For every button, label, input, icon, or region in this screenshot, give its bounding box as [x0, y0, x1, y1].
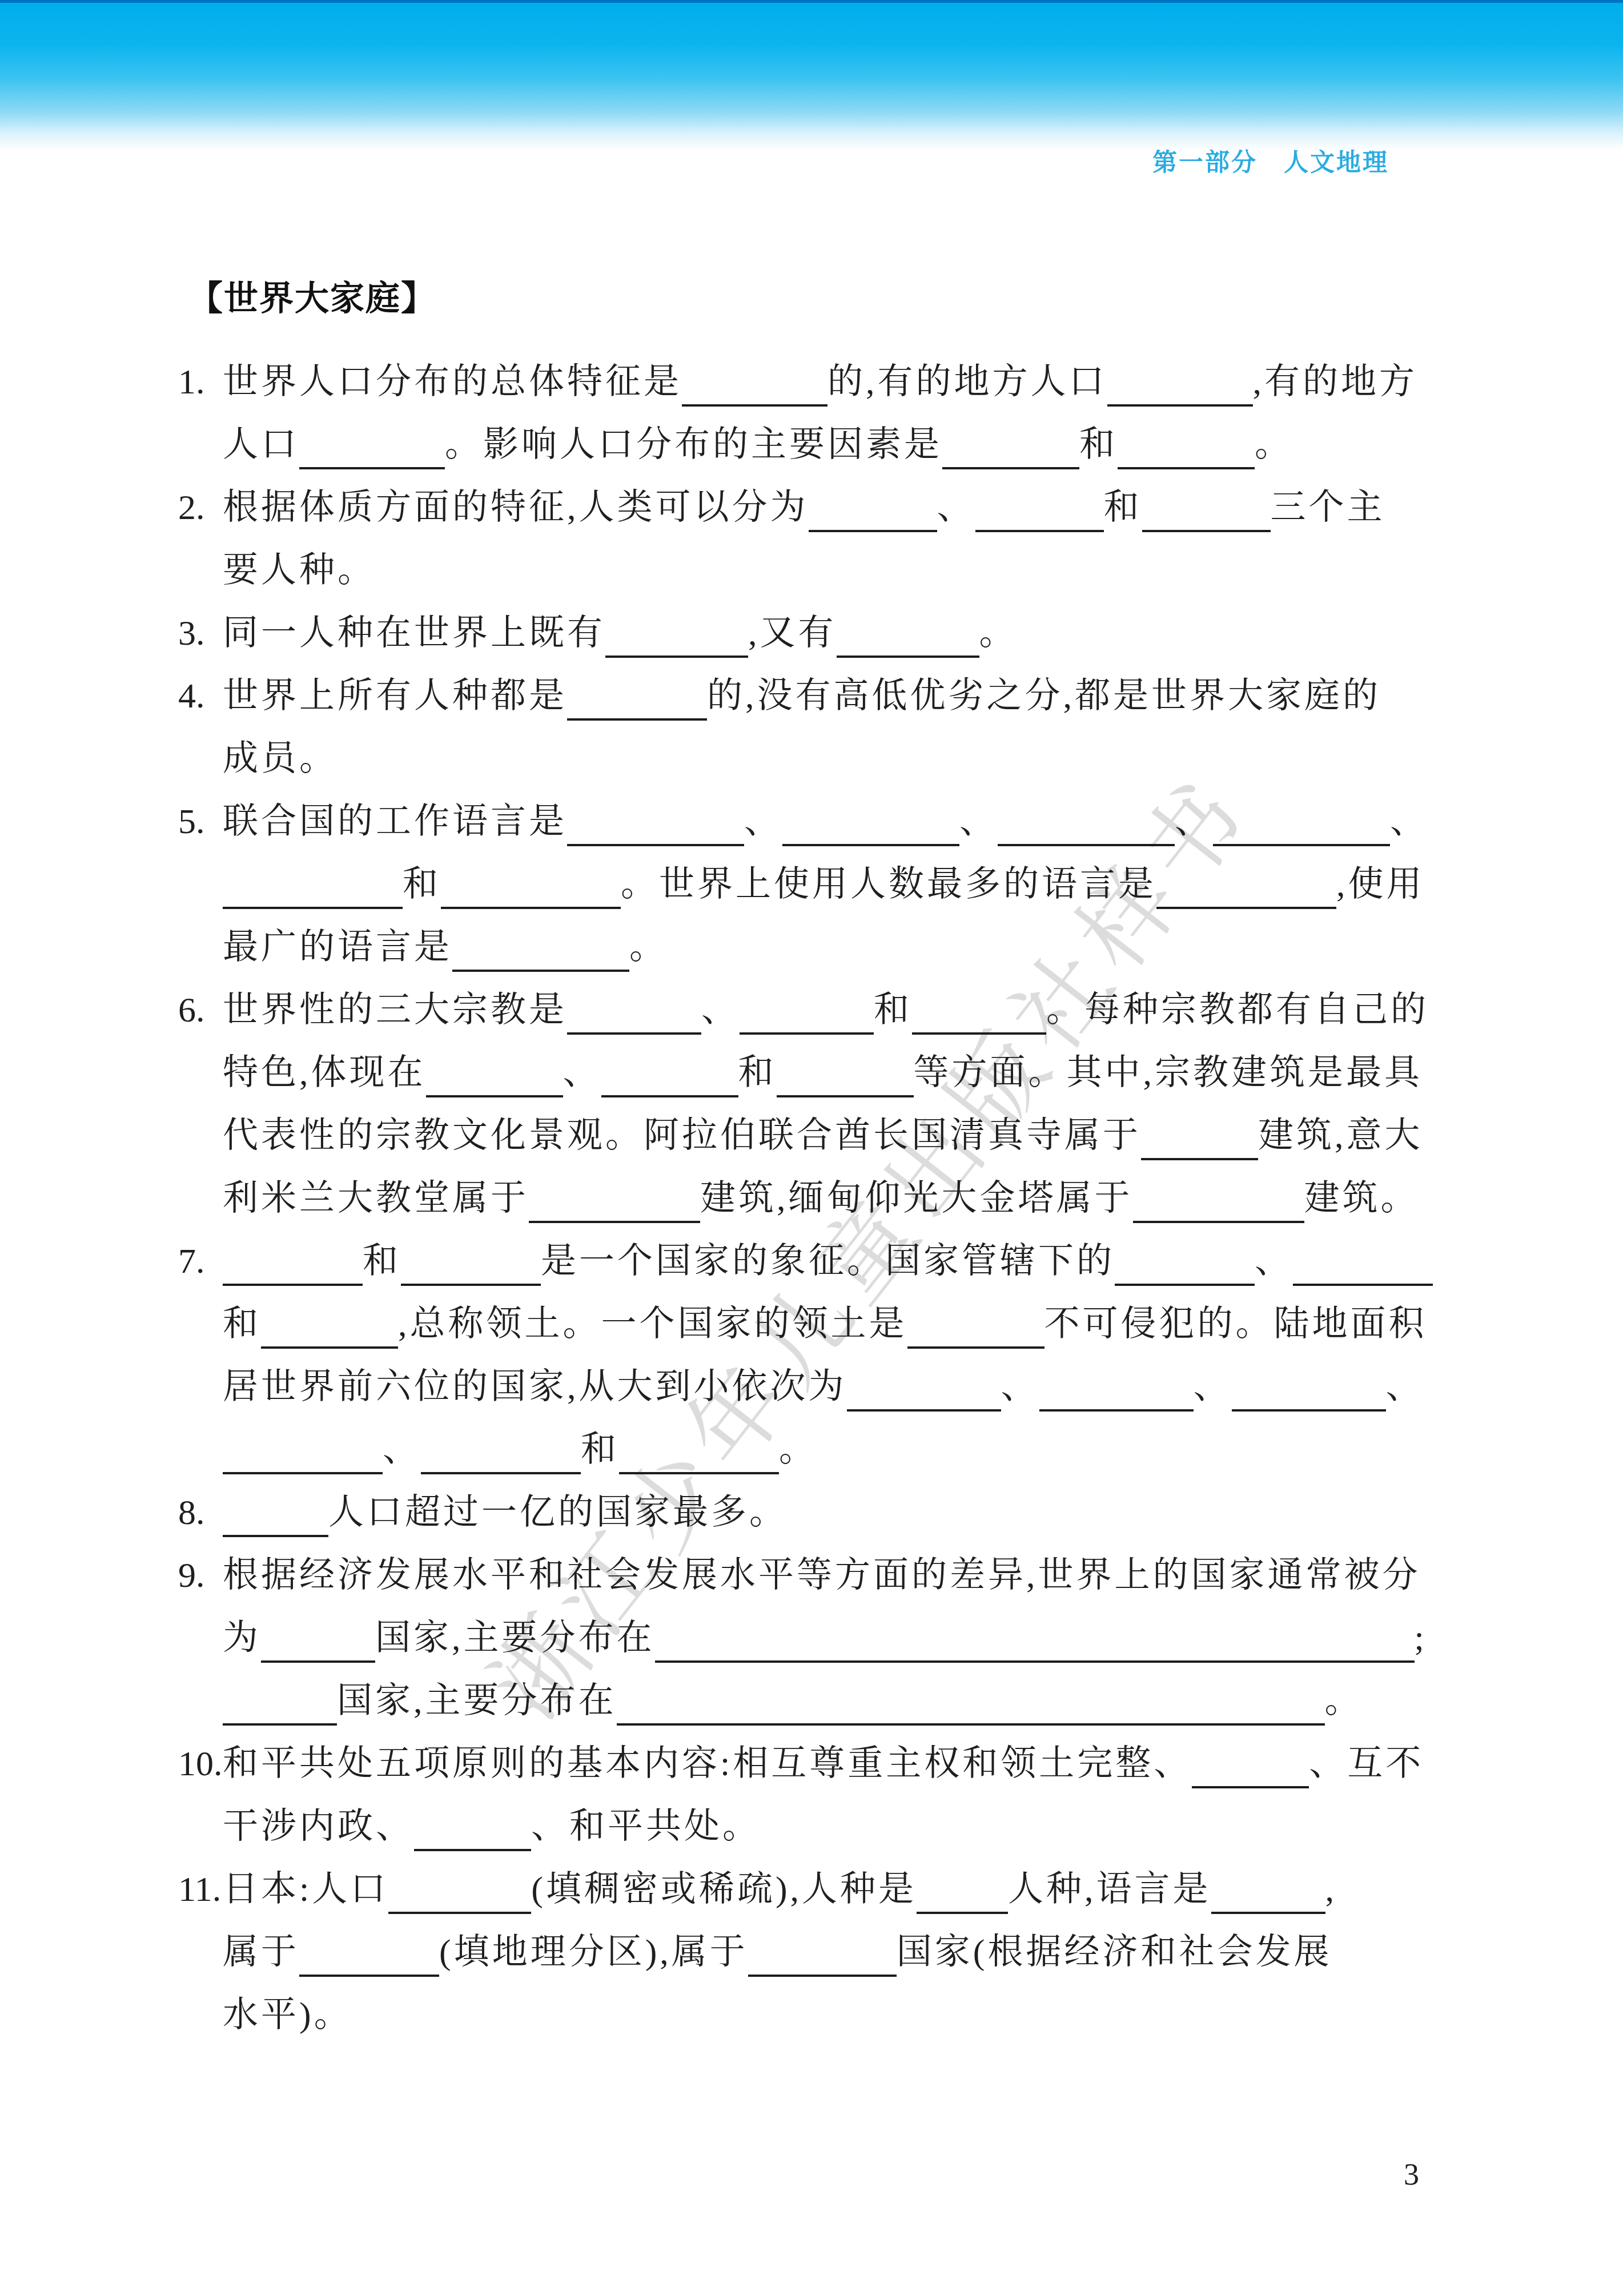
fill-blank	[223, 1241, 363, 1286]
line-text: 和	[738, 1053, 777, 1092]
line-text: 特色,体现在	[223, 1053, 426, 1092]
question-number: 11.	[178, 1865, 223, 1914]
fill-blank	[1141, 1116, 1258, 1160]
fill-blank	[223, 864, 403, 909]
line-text: 等方面。其中,宗教建筑是最具	[914, 1053, 1423, 1092]
question-line: 和。世界上使用人数最多的语言是,使用	[223, 860, 1425, 909]
fill-blank	[942, 425, 1079, 469]
question-number: 9.	[178, 1551, 223, 1600]
question-line: 7.和是一个国家的象征。国家管辖下的、	[178, 1237, 1433, 1286]
question-line: 代表性的宗教文化景观。阿拉伯联合酋长国清真寺属于建筑,意大	[223, 1111, 1423, 1160]
fill-blank	[567, 990, 701, 1035]
fill-blank	[261, 1618, 375, 1663]
line-text: 为	[223, 1619, 261, 1658]
fill-blank	[605, 613, 748, 658]
fill-blank	[421, 1430, 581, 1474]
fill-blank	[847, 1367, 1001, 1412]
line-text: 国家,主要分布在	[375, 1619, 655, 1658]
fill-blank	[917, 1869, 1008, 1914]
question-line: 成员。	[223, 734, 338, 783]
fill-blank	[748, 1932, 897, 1977]
line-text: 。	[979, 614, 1018, 653]
line-text: 、	[1255, 1242, 1293, 1281]
line-text: 水平)。	[223, 1996, 352, 2034]
line-text: 、	[959, 802, 998, 841]
line-text: 、	[1390, 802, 1428, 841]
fill-blank	[1156, 864, 1336, 909]
question-line: 人口。影响人口分布的主要因素是和。	[223, 420, 1293, 469]
fill-blank	[1192, 1744, 1309, 1788]
question-line: 2.根据体质方面的特征,人类可以分为、和三个主	[178, 483, 1385, 532]
line-text: 建筑,缅甸仰光大金塔属于	[700, 1179, 1133, 1218]
line-text: 人口	[223, 425, 299, 464]
line-text: 。每种宗教都有自己的	[1046, 991, 1429, 1030]
line-text: 根据体质方面的特征,人类可以分为	[223, 488, 809, 527]
line-text: 的,没有高低优劣之分,都是世界大家庭的	[707, 677, 1381, 715]
fill-blank	[655, 1618, 1415, 1663]
question-line: 属于(填地理分区),属于国家(根据经济和社会发展	[223, 1928, 1332, 1977]
question-line: 利米兰大教堂属于建筑,缅甸仰光大金塔属于建筑。	[223, 1174, 1419, 1223]
fill-blank	[809, 488, 937, 532]
question-line: 4.世界上所有人种都是的,没有高低优劣之分,都是世界大家庭的	[178, 671, 1381, 721]
fill-blank	[1293, 1241, 1433, 1286]
line-text: 。	[1325, 1682, 1363, 1720]
fill-blank	[299, 425, 445, 469]
question-line: 水平)。	[223, 1991, 352, 2040]
question-line: 10.和平共处五项原则的基本内容:相互尊重主权和领土完整、、互不	[178, 1739, 1424, 1788]
line-text: 、	[744, 802, 782, 841]
line-text: 和	[874, 991, 912, 1030]
line-text: 三个主	[1271, 488, 1385, 527]
line-text: 世界人口分布的总体特征是	[223, 363, 682, 401]
line-text: 联合国的工作语言是	[223, 802, 567, 841]
question-number: 4.	[178, 671, 223, 721]
workbook-page: 第一部分 人文地理 浙江少年儿童出版社样书 【世界大家庭】 1.世界人口分布的总…	[0, 0, 1623, 2296]
line-text: 属于	[223, 1933, 299, 1972]
line-text: 人口超过一亿的国家最多。	[328, 1493, 788, 1532]
line-text: 建筑,意大	[1258, 1116, 1423, 1155]
fill-blank	[1211, 1869, 1325, 1914]
question-number: 6.	[178, 986, 223, 1035]
fill-blank	[907, 1304, 1044, 1349]
line-text: 国家,主要分布在	[337, 1682, 617, 1720]
fill-blank	[1142, 488, 1271, 532]
line-text: ;	[1415, 1619, 1427, 1658]
question-number: 10.	[178, 1739, 223, 1788]
fill-blank	[401, 1241, 541, 1286]
line-text: 、	[1194, 1368, 1232, 1406]
line-text: 利米兰大教堂属于	[223, 1179, 529, 1218]
question-line: 3.同一人种在世界上既有,又有。	[178, 609, 1018, 658]
question-line: 11.日本:人口(填稠密或稀疏),人种是人种,语言是,	[178, 1865, 1337, 1914]
line-text: 人种,语言是	[1008, 1870, 1211, 1909]
question-line: 、和。	[223, 1425, 817, 1474]
line-text: ,有的地方	[1253, 363, 1418, 401]
fill-blank	[1039, 1367, 1194, 1412]
line-text: 成员。	[223, 739, 338, 778]
fill-blank	[223, 1430, 383, 1474]
fill-blank	[567, 802, 744, 846]
line-text: 是一个国家的象征。国家管辖下的	[541, 1242, 1115, 1281]
question-number: 3.	[178, 609, 223, 658]
fill-blank	[1115, 1241, 1255, 1286]
fill-blank	[529, 1179, 700, 1223]
line-text: 。世界上使用人数最多的语言是	[621, 865, 1156, 904]
line-text: 、	[383, 1430, 421, 1469]
line-text: ,又有	[748, 614, 837, 653]
line-text: 、	[1175, 802, 1213, 841]
question-line: 5.联合国的工作语言是、、、、	[178, 797, 1428, 846]
line-text: ,使用	[1336, 865, 1425, 904]
question-line: 国家,主要分布在。	[223, 1676, 1363, 1726]
question-line: 1.世界人口分布的总体特征是的,有的地方人口,有的地方	[178, 357, 1417, 407]
question-line: 最广的语言是。	[223, 923, 668, 972]
line-text: 日本:人口	[223, 1870, 388, 1909]
line-text: 建筑。	[1304, 1179, 1419, 1218]
question-number: 2.	[178, 483, 223, 532]
question-line: 6.世界性的三大宗教是、和。每种宗教都有自己的	[178, 986, 1429, 1035]
line-text: 、和平共处。	[531, 1807, 761, 1846]
line-text: 不可侵犯的。陆地面积	[1044, 1305, 1427, 1344]
line-text: 的,有的地方人口	[827, 363, 1107, 401]
fill-blank	[740, 990, 874, 1035]
question-line: 和,总称领土。一个国家的领土是不可侵犯的。陆地面积	[223, 1300, 1427, 1349]
fill-blank	[452, 927, 629, 972]
line-text: 世界上所有人种都是	[223, 677, 567, 715]
question-number: 1.	[178, 357, 223, 407]
fill-blank	[619, 1430, 779, 1474]
line-text: (填地理分区),属于	[439, 1933, 748, 1972]
line-text: 、互不	[1309, 1744, 1424, 1783]
line-text: 干涉内政、	[223, 1807, 414, 1846]
line-text: 和	[1079, 425, 1118, 464]
fill-blank	[1107, 362, 1253, 407]
line-text: 、	[701, 991, 740, 1030]
fill-blank	[1232, 1367, 1386, 1412]
question-line: 9.根据经济发展水平和社会发展水平等方面的差异,世界上的国家通常被分	[178, 1551, 1421, 1600]
fill-blank	[837, 613, 979, 658]
fill-blank	[426, 1053, 563, 1097]
fill-blank	[388, 1869, 531, 1914]
fill-blank	[567, 676, 707, 721]
fill-blank	[777, 1053, 914, 1097]
question-line: 8.人口超过一亿的国家最多。	[178, 1488, 788, 1537]
fill-blank	[441, 864, 621, 909]
line-text: 、	[937, 488, 975, 527]
line-text: 、	[1001, 1368, 1039, 1406]
line-text: ,总称领土。一个国家的领土是	[398, 1305, 907, 1344]
line-text: 根据经济发展水平和社会发展水平等方面的差异,世界上的国家通常被分	[223, 1556, 1421, 1595]
question-line: 居世界前六位的国家,从大到小依次为、、、	[223, 1362, 1424, 1412]
question-number: 5.	[178, 797, 223, 846]
line-text: 代表性的宗教文化景观。阿拉伯联合酋长国清真寺属于	[223, 1116, 1141, 1155]
fill-blank	[223, 1493, 328, 1537]
line-text: 。	[629, 928, 668, 967]
line-text: 。	[779, 1430, 817, 1469]
question-line: 干涉内政、、和平共处。	[223, 1802, 761, 1851]
line-text: 和	[223, 1305, 261, 1344]
line-text: 同一人种在世界上既有	[223, 614, 605, 653]
question-line: 为国家,主要分布在;	[223, 1614, 1427, 1663]
line-text: 和	[403, 865, 441, 904]
fill-blank	[912, 990, 1046, 1035]
fill-blank	[601, 1053, 738, 1097]
fill-blank	[414, 1807, 531, 1851]
line-text: 、	[563, 1053, 601, 1092]
fill-blank	[617, 1681, 1325, 1726]
fill-blank	[223, 1681, 337, 1726]
fill-blank	[1133, 1179, 1304, 1223]
line-text: 和	[363, 1242, 401, 1281]
line-text: 居世界前六位的国家,从大到小依次为	[223, 1368, 847, 1406]
question-line: 特色,体现在、和等方面。其中,宗教建筑是最具	[223, 1048, 1423, 1097]
questions: 1.世界人口分布的总体特征是的,有的地方人口,有的地方人口。影响人口分布的主要因…	[0, 0, 1623, 2296]
line-text: 要人种。	[223, 551, 376, 590]
line-text: 和	[1104, 488, 1142, 527]
fill-blank	[1213, 802, 1390, 846]
line-text: 国家(根据经济和社会发展	[897, 1933, 1332, 1972]
question-line: 要人种。	[223, 546, 376, 595]
line-text: 、	[1386, 1368, 1424, 1406]
fill-blank	[975, 488, 1104, 532]
line-text: 。影响人口分布的主要因素是	[445, 425, 942, 464]
question-number: 8.	[178, 1488, 223, 1537]
line-text: 世界性的三大宗教是	[223, 991, 567, 1030]
line-text: 。	[1255, 425, 1293, 464]
fill-blank	[261, 1304, 398, 1349]
line-text: 和	[581, 1430, 619, 1469]
line-text: 和平共处五项原则的基本内容:相互尊重主权和领土完整、	[223, 1744, 1192, 1783]
fill-blank	[782, 802, 959, 846]
fill-blank	[998, 802, 1175, 846]
line-text: 最广的语言是	[223, 928, 452, 967]
question-number: 7.	[178, 1237, 223, 1286]
line-text: ,	[1325, 1870, 1337, 1909]
fill-blank	[682, 362, 827, 407]
fill-blank	[299, 1932, 439, 1977]
fill-blank	[1118, 425, 1255, 469]
line-text: (填稠密或稀疏),人种是	[531, 1870, 917, 1909]
